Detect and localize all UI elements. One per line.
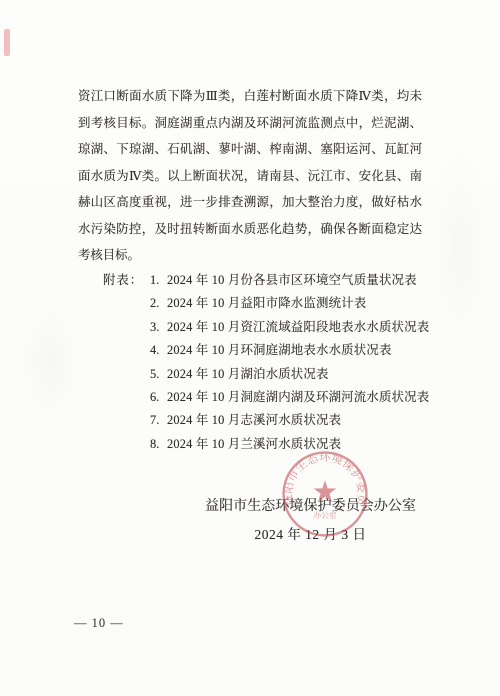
body-line: 琼湖、下琼湖、石矶湖、蓼叶湖、榨南湖、塞阳运河、瓦缸河断: [78, 136, 422, 163]
attachment-number: 7.: [150, 409, 167, 432]
attachment-item: 2. 2024 年 10 月益阳市降水监测统计表: [103, 292, 433, 315]
body-line: 到考核目标。洞庭湖重点内湖及环湖河流监测点中，烂泥湖、上: [78, 110, 422, 137]
scan-artifact-mark: [4, 29, 10, 56]
attachment-item: 附表： 1. 2024 年 10 月份各县市区环境空气质量状况表: [103, 269, 433, 292]
document-page: 资江口断面水质下降为Ⅲ类，白莲村断面水质下降Ⅳ类，均未达 到考核目标。洞庭湖重点…: [0, 0, 500, 696]
attachment-number: 6.: [150, 386, 167, 409]
attachment-item: 7. 2024 年 10 月志溪河水质状况表: [103, 409, 433, 432]
attachment-title: 2024 年 10 月份各县市区环境空气质量状况表: [167, 269, 417, 292]
attachment-number: 3.: [150, 316, 167, 339]
attachment-title: 2024 年 10 月洞庭湖内湖及环湖河流水质状况表: [167, 386, 429, 409]
attachment-title: 2024 年 10 月湖泊水质状况表: [167, 363, 329, 386]
attachment-item: 4. 2024 年 10 月环洞庭湖地表水水质状况表: [103, 339, 433, 362]
body-paragraph: 资江口断面水质下降为Ⅲ类，白莲村断面水质下降Ⅳ类，均未达 到考核目标。洞庭湖重点…: [78, 83, 422, 269]
signature-block: 益阳市生态环境保护委员会办公室 2024 年 12 月 3 日: [205, 497, 416, 543]
attachment-item: 5. 2024 年 10 月湖泊水质状况表: [103, 363, 433, 386]
attachment-title: 2024 年 10 月志溪河水质状况表: [167, 409, 341, 432]
attachment-number: 2.: [150, 292, 167, 315]
attachment-title: 2024 年 10 月环洞庭湖地表水水质状况表: [167, 339, 392, 362]
body-line: 面水质为Ⅳ类。以上断面状况，请南县、沅江市、安化县、南县、: [78, 163, 422, 190]
body-line: 资江口断面水质下降为Ⅲ类，白莲村断面水质下降Ⅳ类，均未达: [78, 83, 422, 110]
attachment-item: 6. 2024 年 10 月洞庭湖内湖及环湖河流水质状况表: [103, 386, 433, 409]
page-number: — 10 —: [74, 616, 124, 631]
scan-smudge: [430, 150, 490, 350]
attachment-list: 附表： 1. 2024 年 10 月份各县市区环境空气质量状况表 2. 2024…: [103, 269, 433, 456]
attachment-number: 4.: [150, 339, 167, 362]
attachment-item: 3. 2024 年 10 月资江流域益阳段地表水水质状况表: [103, 316, 433, 339]
attachment-number: 5.: [150, 363, 167, 386]
attachment-title: 2024 年 10 月资江流域益阳段地表水水质状况表: [167, 316, 429, 339]
body-line: 考核目标。: [78, 242, 422, 269]
body-line: 赫山区高度重视，进一步排查溯源，加大整治力度，做好枯水期: [78, 189, 422, 216]
attachment-label: 附表：: [103, 269, 150, 292]
attachment-number: 8.: [150, 433, 167, 456]
scan-smudge: [20, 300, 80, 420]
signature-org: 益阳市生态环境保护委员会办公室: [205, 497, 416, 517]
body-line: 水污染防控，及时扭转断面水质恶化趋势，确保各断面稳定达到: [78, 216, 422, 243]
attachment-title: 2024 年 10 月兰溪河水质状况表: [167, 433, 341, 456]
attachment-title: 2024 年 10 月益阳市降水监测统计表: [167, 292, 366, 315]
attachment-number: 1.: [150, 269, 167, 292]
signature-date: 2024 年 12 月 3 日: [205, 523, 416, 543]
attachment-item: 8. 2024 年 10 月兰溪河水质状况表: [103, 433, 433, 456]
